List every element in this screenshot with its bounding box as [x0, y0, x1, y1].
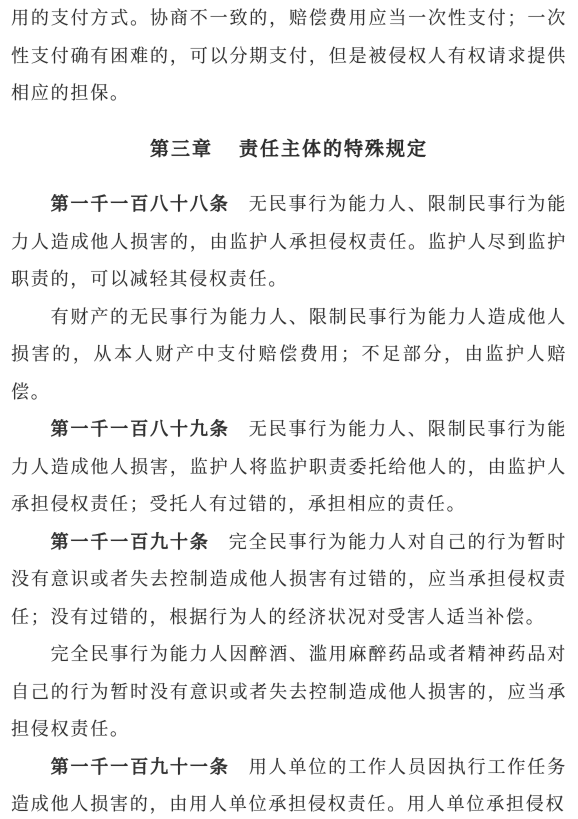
- chapter-heading: 第三章责任主体的特殊规定: [11, 131, 567, 169]
- article-1188-paragraph-1: 第一千一百八十八条无民事行为能力人、限制民事行为能力人造成他人损害的，由监护人承…: [11, 186, 567, 299]
- paragraph-intro: 用的支付方式。协商不一致的，赔偿费用应当一次性支付；一次性支付确有困难的，可以分…: [11, 0, 567, 113]
- article-text: 完全民事行为能力人因醉酒、滥用麻醉药品或者精神药品对自己的行为暂时没有意识或者失…: [11, 644, 567, 740]
- article-number: 第一千一百八十九条: [51, 419, 230, 439]
- article-1188-paragraph-2: 有财产的无民事行为能力人、限制民事行为能力人造成他人损害的，从本人财产中支付赔偿…: [11, 299, 567, 412]
- article-text: 有财产的无民事行为能力人、限制民事行为能力人造成他人损害的，从本人财产中支付赔偿…: [11, 307, 567, 403]
- article-1190-paragraph-2: 完全民事行为能力人因醉酒、滥用麻醉药品或者精神药品对自己的行为暂时没有意识或者失…: [11, 636, 567, 749]
- article-number: 第一千一百八十八条: [51, 194, 230, 214]
- chapter-title: 责任主体的特殊规定: [239, 139, 428, 160]
- article-number: 第一千一百九十一条: [51, 757, 230, 777]
- article-number: 第一千一百九十条: [51, 532, 210, 552]
- article-1191-paragraph: 第一千一百九十一条用人单位的工作人员因执行工作任务造成他人损害的，由用人单位承担…: [11, 749, 567, 819]
- article-1189-paragraph: 第一千一百八十九条无民事行为能力人、限制民事行为能力人造成他人损害，监护人将监护…: [11, 411, 567, 524]
- document-page: 用的支付方式。协商不一致的，赔偿费用应当一次性支付；一次性支付确有困难的，可以分…: [0, 0, 578, 819]
- chapter-number: 第三章: [150, 139, 213, 160]
- article-1190-paragraph-1: 第一千一百九十条完全民事行为能力人对自己的行为暂时没有意识或者失去控制造成他人损…: [11, 524, 567, 637]
